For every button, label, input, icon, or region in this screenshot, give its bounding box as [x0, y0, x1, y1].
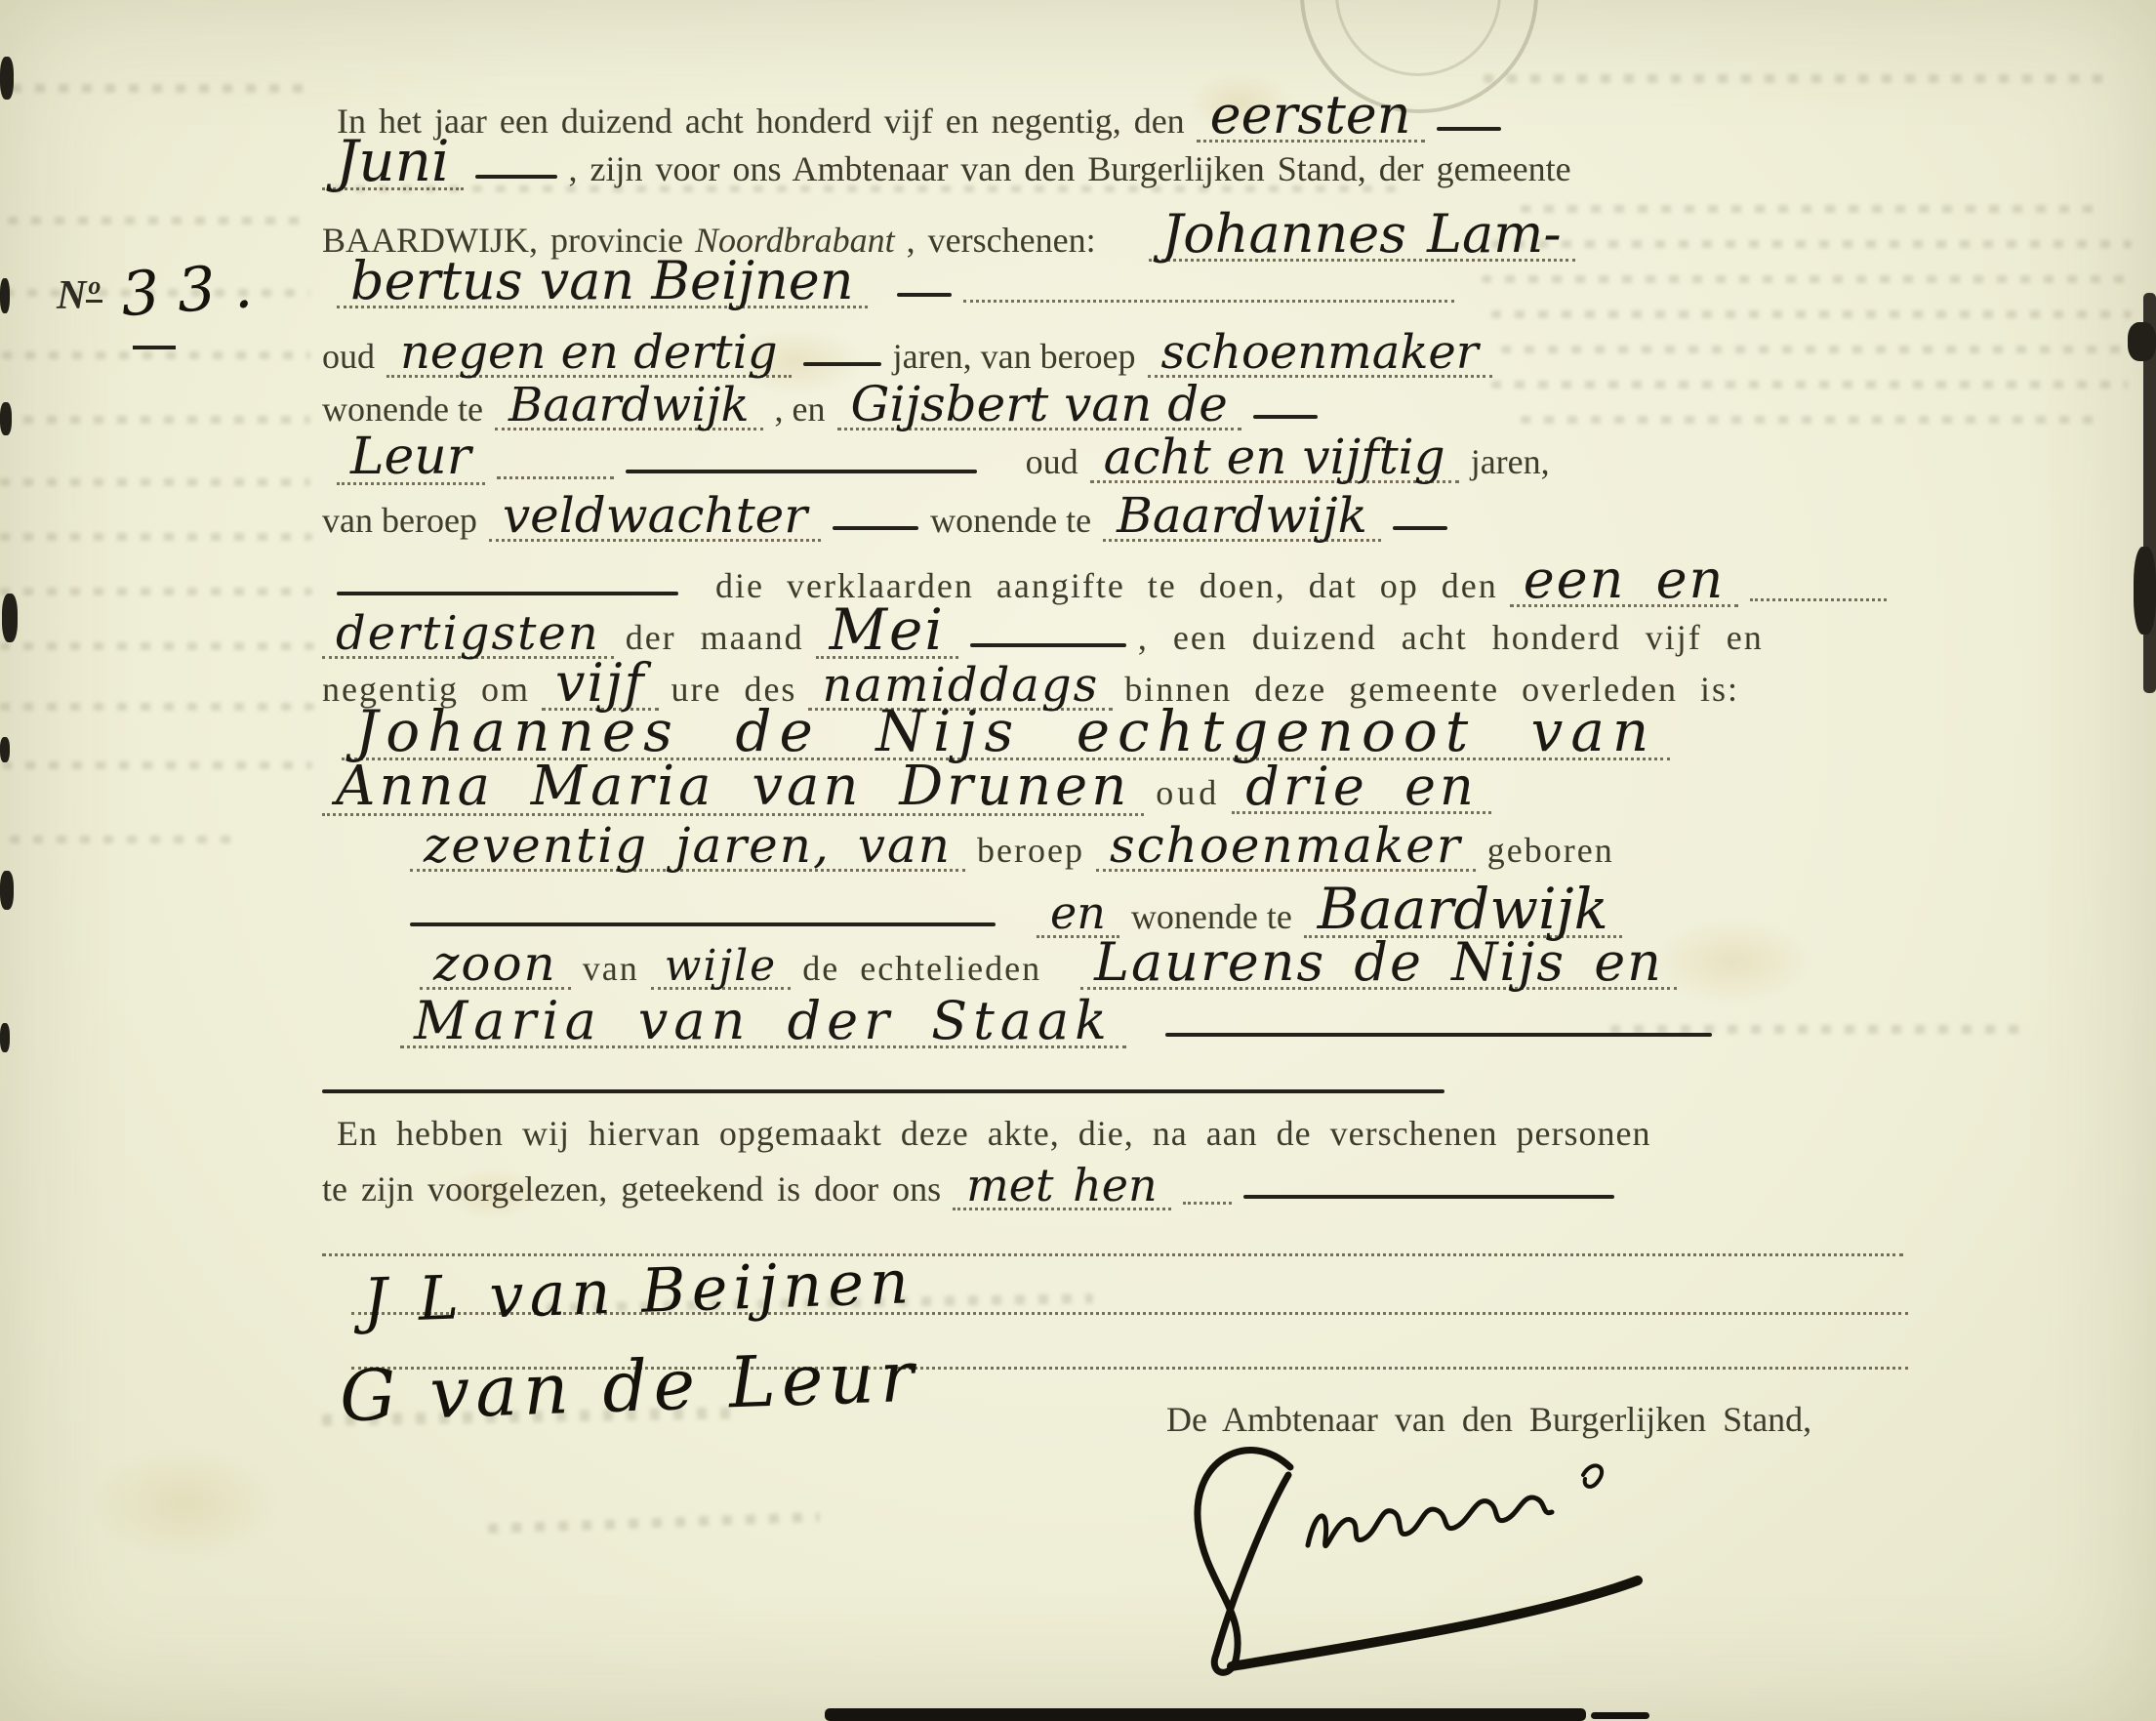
printed-text: van beroep [322, 500, 477, 541]
form-line: bertus van Beijnen [337, 260, 1454, 308]
pen-stroke [1437, 127, 1501, 131]
bleedthrough-mark [8, 217, 312, 225]
handwritten-entry: zeventig jaren, van [410, 826, 965, 872]
printed-text: beroep [977, 830, 1084, 871]
handwritten-entry: Baardwijk [1103, 496, 1381, 542]
handwritten-entry: schoenmaker [1096, 826, 1476, 872]
form-line: van beroepveldwachterwonende teBaardwijk [322, 496, 1447, 542]
pen-stroke [322, 1089, 1444, 1093]
death-certificate-page: No 33. In het jaar een duizend acht hond… [0, 0, 2156, 1721]
printed-text: oud [322, 336, 375, 377]
handwritten-entry: drie en [1232, 765, 1491, 814]
printed-text: te zijn voorgelezen, geteekend is door o… [322, 1168, 941, 1209]
dotted-rule [1183, 1200, 1232, 1205]
bleedthrough-mark [1491, 381, 2128, 389]
printed-text: wonende te [322, 389, 483, 430]
bleedthrough-mark [0, 478, 310, 486]
pen-stroke [626, 470, 977, 473]
handwritten-entry: wijle [651, 949, 792, 990]
pen-stroke [833, 526, 918, 530]
scan-edge-artifact [825, 1708, 1586, 1721]
printed-text: der maand [626, 617, 804, 658]
bleedthrough-mark [0, 642, 314, 650]
scan-edge-artifact [2, 594, 18, 642]
form-line: zeventig jaren, vanberoepschoenmakergebo… [410, 826, 1614, 872]
scan-edge-artifact [0, 737, 10, 762]
handwritten-entry: schoenmaker [1148, 334, 1492, 378]
official-signature [1142, 1420, 1688, 1699]
bleedthrough-mark [488, 1512, 820, 1534]
form-line: En hebben wij hiervan opgemaakt deze akt… [337, 1113, 1651, 1154]
handwritten-entry: een en [1510, 558, 1739, 607]
pen-stroke [1243, 1195, 1614, 1199]
act-number-block: No 33. [57, 271, 102, 319]
handwritten-entry: Maria van der Staak [400, 1000, 1126, 1048]
handwritten-entry: Leur [337, 437, 485, 485]
form-line: te zijn voorgelezen, geteekend is door o… [322, 1168, 1614, 1210]
dotted-rule [963, 298, 1454, 303]
pen-stroke [337, 592, 678, 595]
dotted-rule [1750, 596, 1887, 601]
form-line: Johannes de Nijs echtgenoot van [342, 709, 1670, 760]
scan-edge-artifact [0, 278, 10, 313]
handwritten-entry: eersten [1197, 94, 1425, 143]
handwritten-entry: met hen [953, 1168, 1170, 1210]
bleedthrough-mark [1491, 310, 2132, 318]
pen-stroke [1165, 1033, 1712, 1037]
bleedthrough-mark [1521, 205, 2106, 213]
handwritten-entry: acht en vijftig [1090, 437, 1459, 483]
official-signature-flourish-icon [1142, 1420, 1688, 1694]
form-line [322, 1089, 1444, 1105]
handwritten-entry: Baardwijk [495, 387, 763, 430]
bleedthrough-mark [1521, 416, 2098, 424]
scan-edge-artifact [2134, 547, 2156, 635]
form-line: oudnegen en dertigjaren, van beroepschoe… [322, 334, 1492, 378]
handwritten-entry: Anna Maria van Drunen [322, 765, 1144, 816]
handwritten-entry: zoon [420, 944, 571, 990]
bleedthrough-mark [1501, 346, 2132, 353]
handwritten-entry: veldwachter [489, 496, 821, 542]
handwritten-entry: Mei [816, 607, 958, 659]
pen-stroke [970, 643, 1126, 647]
form-line: Anna Maria van Drunenouddrie en [322, 765, 1491, 816]
printed-text: geboren [1487, 830, 1614, 871]
printed-text: oud [1156, 772, 1220, 813]
handwritten-entry: Johannes Lam- [1149, 213, 1575, 262]
printed-text: , en [775, 389, 826, 430]
printed-text: jaren, van beroep [893, 336, 1136, 377]
form-line: Leuroudacht en vijftigjaren, [337, 437, 1550, 485]
bleedthrough-mark [0, 703, 314, 711]
printed-text: jaren, [1471, 441, 1550, 482]
form-line: Maria van der Staak [400, 1000, 1712, 1048]
form-line: In het jaar een duizend acht honderd vij… [337, 94, 1501, 143]
handwritten-entry: Laurens de Nijs en [1080, 941, 1677, 990]
bleedthrough-mark [1491, 240, 2132, 248]
pen-stroke [1253, 415, 1318, 419]
scan-edge-artifact [1591, 1712, 1649, 1719]
printed-text: van [583, 948, 639, 989]
witness-signature-2: G van de Leur [339, 1341, 920, 1432]
scan-edge-artifact [0, 871, 14, 910]
pen-stroke [133, 346, 176, 349]
handwritten-entry: negen en dertig [386, 334, 792, 378]
bleedthrough-mark [0, 416, 310, 424]
printed-text: , zijn voor ons Ambtenaar van den Burger… [569, 148, 1571, 189]
handwritten-entry: Gijsbert van de [837, 385, 1241, 430]
act-number-value: 33. [119, 249, 272, 330]
pen-stroke [475, 175, 557, 179]
form-line: wonende teBaardwijk, enGijsbert van de [322, 385, 1318, 430]
form-line: zoonvanwijlede echteliedenLaurens de Nij… [420, 941, 1677, 990]
pen-stroke [1393, 526, 1447, 530]
bleedthrough-mark [1484, 74, 2108, 83]
printed-text: de echtelieden [802, 948, 1041, 989]
bleedthrough-mark [1482, 275, 2134, 283]
printed-text: En hebben wij hiervan opgemaakt deze akt… [337, 1113, 1651, 1154]
bleedthrough-mark [10, 836, 244, 843]
form-line: Juni, zijn voor ons Ambtenaar van den Bu… [322, 139, 1571, 190]
pen-stroke [410, 922, 996, 926]
witness-signature-1: J L van Beijnen [362, 1251, 915, 1332]
printed-text: wonende te [930, 500, 1091, 541]
dotted-rule [322, 1251, 1903, 1256]
paper-stain [88, 1445, 283, 1562]
act-number-label: No [57, 273, 102, 318]
scan-edge-artifact [0, 57, 14, 100]
scan-edge-artifact [0, 1023, 10, 1052]
printed-text: oud [1026, 441, 1078, 482]
printed-text: In het jaar een duizend acht honderd vij… [337, 101, 1185, 142]
printed-text: , verschenen: [907, 220, 1096, 261]
handwritten-entry: Juni [322, 139, 464, 190]
handwritten-entry: bertus van Beijnen [337, 260, 868, 308]
form-line: dertigstender maandMei, een duizend acht… [322, 607, 1764, 659]
bleedthrough-mark [12, 84, 305, 93]
bleedthrough-mark [2, 761, 312, 769]
scan-edge-artifact [2128, 322, 2156, 361]
scan-edge-artifact [0, 402, 12, 435]
pen-stroke [897, 293, 952, 297]
bleedthrough-mark [0, 533, 312, 541]
pen-stroke [803, 362, 881, 366]
embossed-seal-inner-ring-icon [1335, 0, 1501, 76]
form-line: die verklaarden aangifte te doen, dat op… [337, 558, 1887, 607]
bleedthrough-mark [2, 351, 310, 359]
printed-text: , een duizend acht honderd vijf en [1138, 617, 1764, 658]
dotted-rule [497, 474, 614, 479]
bleedthrough-mark [0, 588, 312, 595]
handwritten-entry: Johannes de Nijs echtgenoot van [342, 709, 1670, 760]
